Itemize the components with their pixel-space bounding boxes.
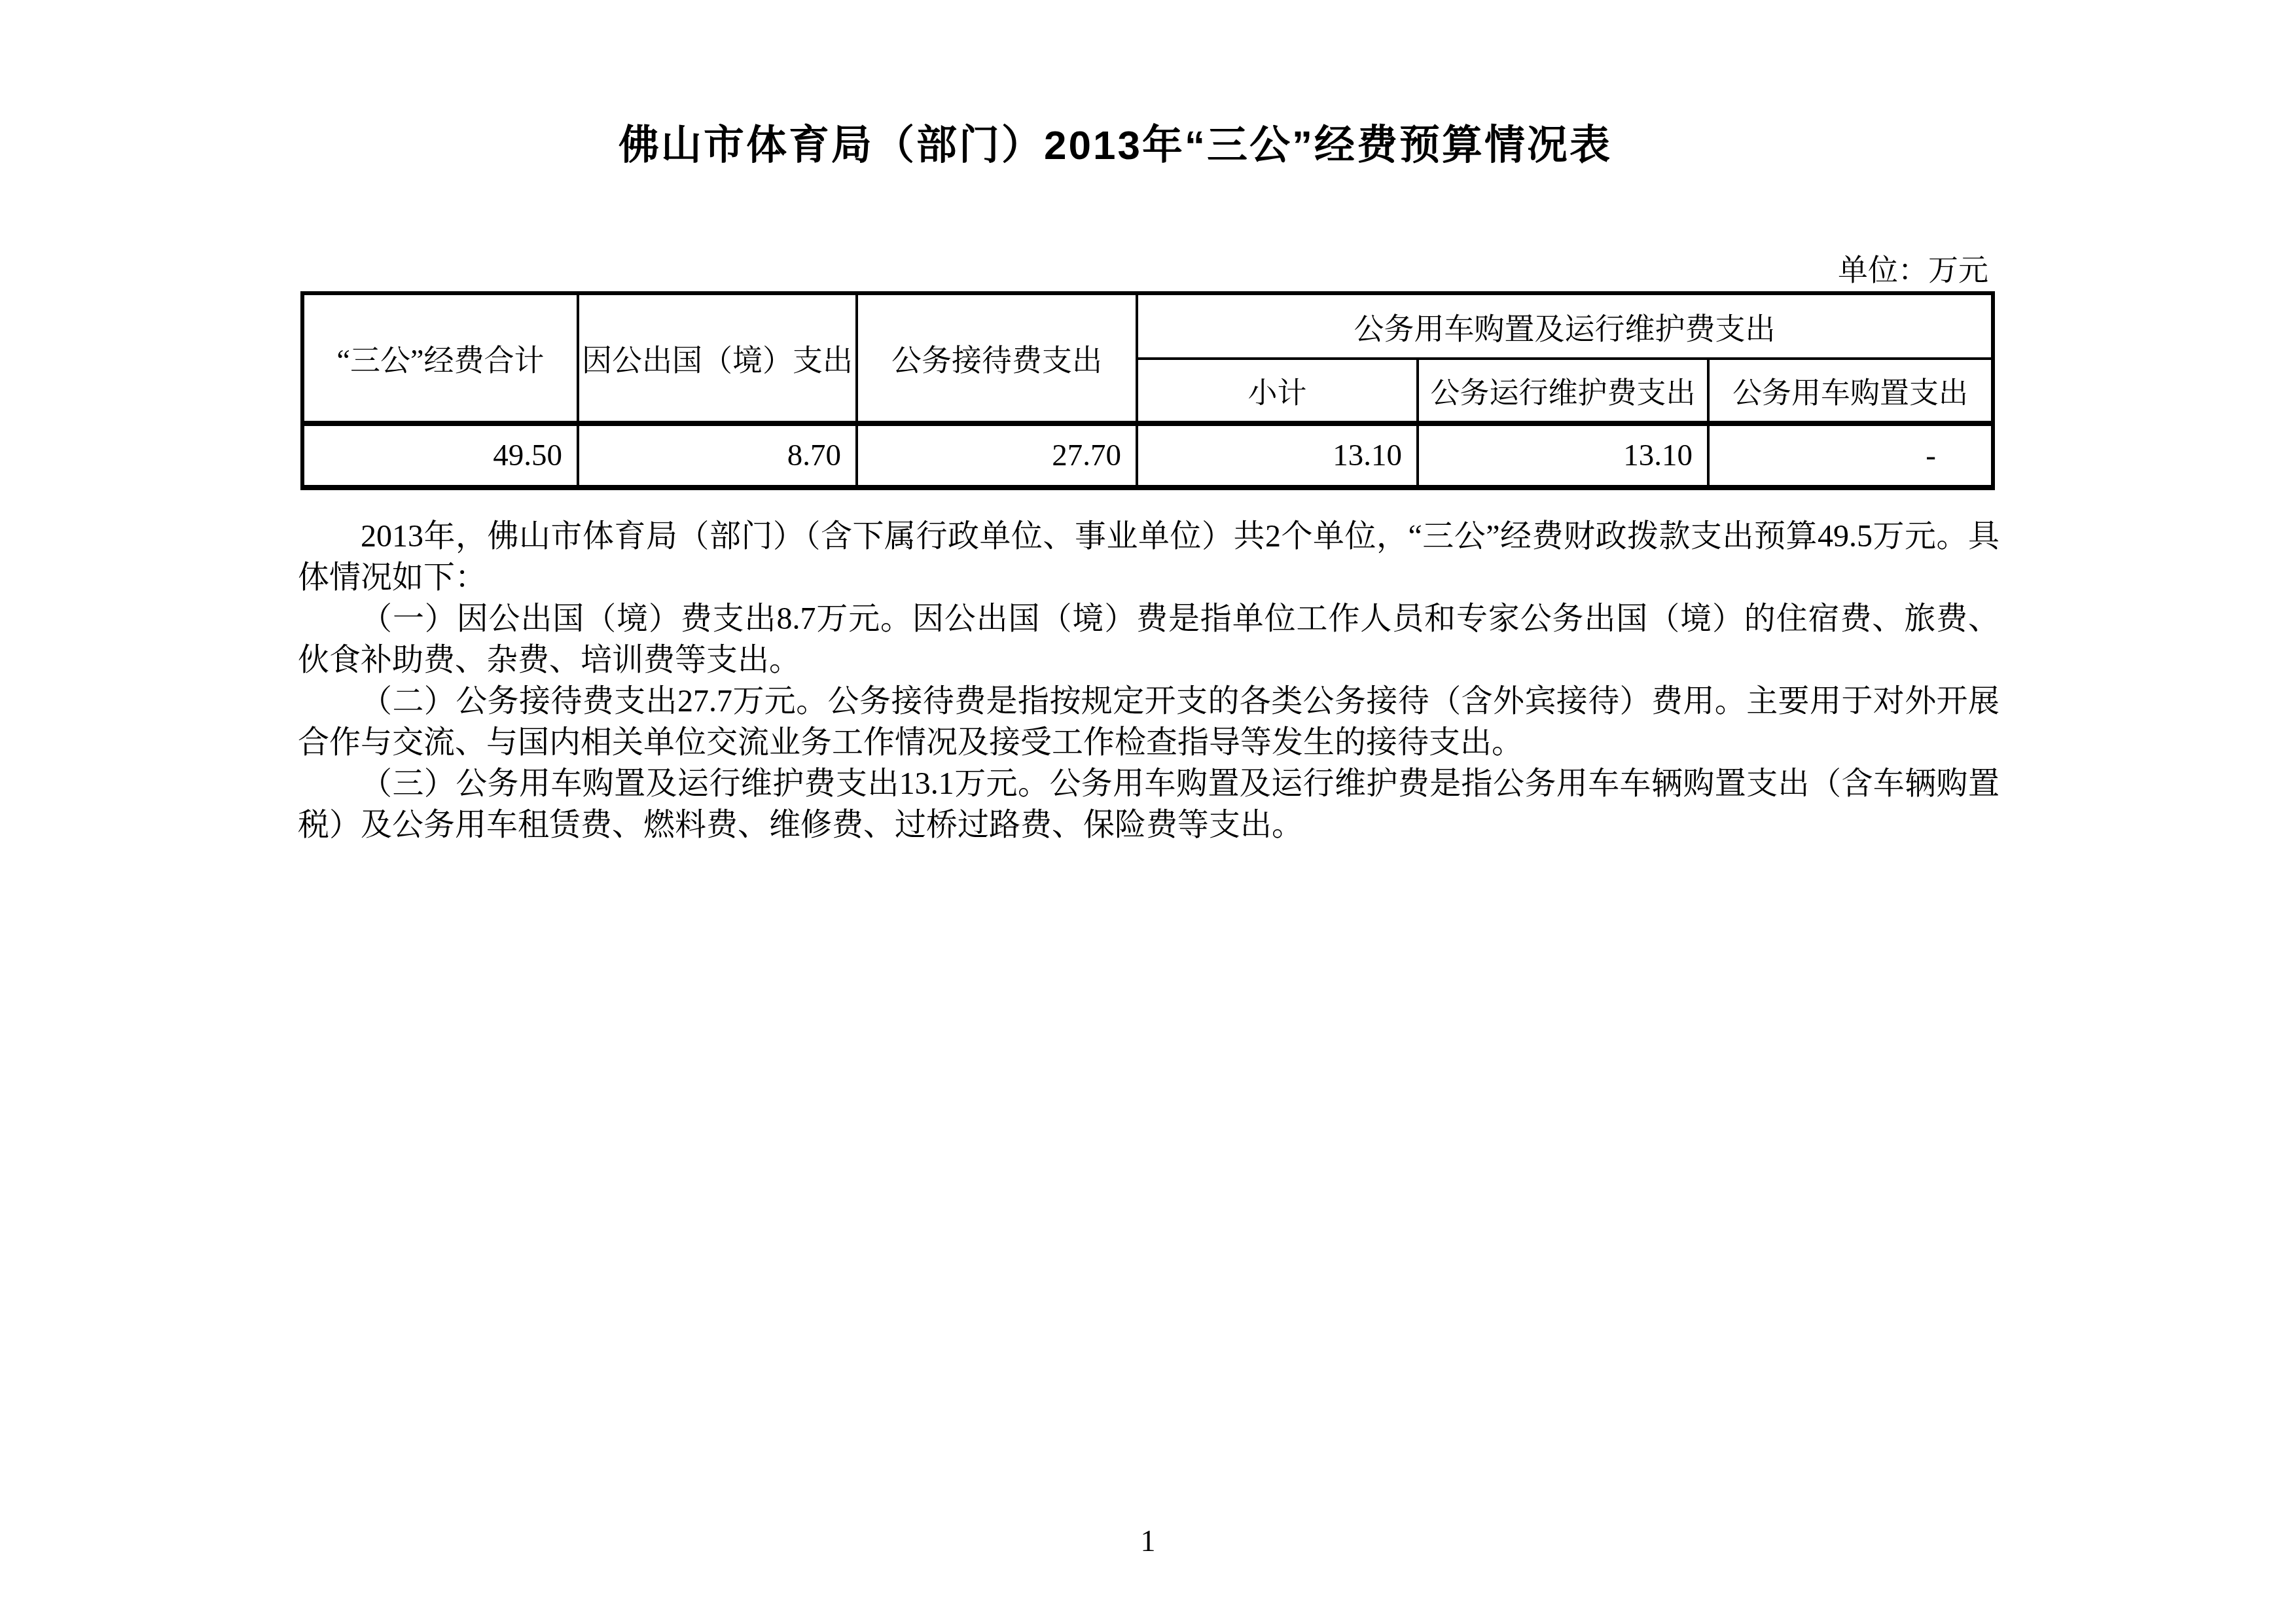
paragraph-vehicle: （三）公务用车购置及运行维护费支出13.1万元。公务用车购置及运行维护费是指公务… bbox=[298, 763, 2000, 846]
budget-table: “三公”经费合计 因公出国（境）支出 公务接待费支出 公务用车购置及运行维护费支… bbox=[300, 291, 1995, 490]
header-vehicle-subtotal: 小计 bbox=[1137, 359, 1418, 423]
header-total: “三公”经费合计 bbox=[302, 293, 578, 423]
paragraph-abroad: （一）因公出国（境）费支出8.7万元。因公出国（境）费是指单位工作人员和专家公务… bbox=[298, 598, 2000, 681]
cell-abroad: 8.70 bbox=[578, 423, 857, 488]
table-header-row-1: “三公”经费合计 因公出国（境）支出 公务接待费支出 公务用车购置及运行维护费支… bbox=[302, 293, 1993, 359]
document-page: 佛山市体育局（部门）2013年“三公”经费预算情况表 单位：万元 “三公”经费合… bbox=[0, 0, 2296, 1623]
page-title: 佛山市体育局（部门）2013年“三公”经费预算情况表 bbox=[0, 113, 2231, 171]
header-vehicle-purchase: 公务用车购置支出 bbox=[1708, 359, 1993, 423]
header-abroad: 因公出国（境）支出 bbox=[578, 293, 857, 423]
header-reception: 公务接待费支出 bbox=[857, 293, 1137, 423]
cell-vehicle-subtotal: 13.10 bbox=[1137, 423, 1418, 488]
cell-total: 49.50 bbox=[302, 423, 578, 488]
header-vehicle-group: 公务用车购置及运行维护费支出 bbox=[1137, 293, 1993, 359]
cell-reception: 27.70 bbox=[857, 423, 1137, 488]
paragraph-reception: （二）公务接待费支出27.7万元。公务接待费是指按规定开支的各类公务接待（含外宾… bbox=[298, 681, 2000, 763]
table-data-row: 49.50 8.70 27.70 13.10 13.10 - bbox=[302, 423, 1993, 488]
body-text: 2013年，佛山市体育局（部门）（含下属行政单位、事业单位）共2个单位，“三公”… bbox=[298, 516, 2000, 846]
cell-vehicle-maintenance: 13.10 bbox=[1418, 423, 1708, 488]
header-vehicle-maintenance: 公务运行维护费支出 bbox=[1418, 359, 1708, 423]
page-number: 1 bbox=[0, 1524, 2296, 1558]
unit-note: 单位：万元 bbox=[1838, 246, 1988, 289]
cell-vehicle-purchase: - bbox=[1708, 423, 1993, 488]
paragraph-summary: 2013年，佛山市体育局（部门）（含下属行政单位、事业单位）共2个单位，“三公”… bbox=[298, 516, 2000, 598]
